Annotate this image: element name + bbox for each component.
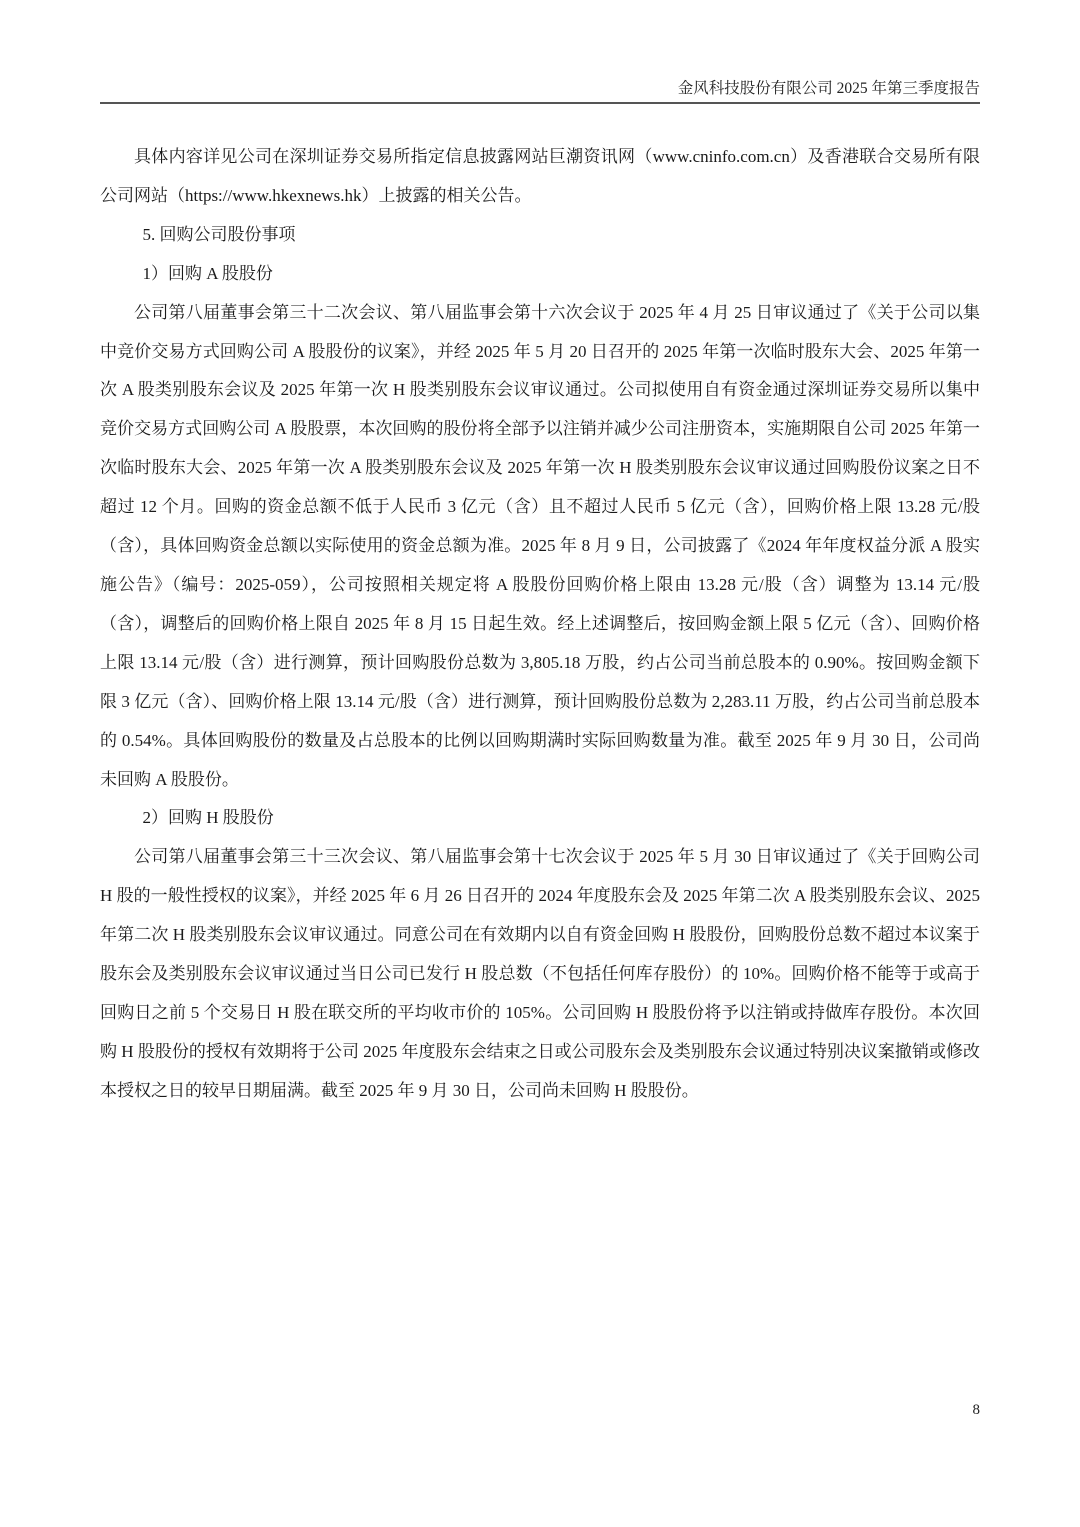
report-title: 金风科技股份有限公司 2025 年第三季度报告 — [678, 80, 980, 97]
subsection-heading-h-share-repurchase: 2）回购 H 股股份 — [100, 799, 980, 838]
disclosure-paragraph: 具体内容详见公司在深圳证券交易所指定信息披露网站巨潮资讯网（www.cninfo… — [100, 138, 980, 216]
section-heading-share-repurchase: 5. 回购公司股份事项 — [100, 216, 980, 255]
document-body: 具体内容详见公司在深圳证券交易所指定信息披露网站巨潮资讯网（www.cninfo… — [100, 138, 980, 1111]
a-share-repurchase-paragraph: 公司第八届董事会第三十二次会议、第八届监事会第十六次会议于 2025 年 4 月… — [100, 294, 980, 800]
page-number: 8 — [960, 1402, 980, 1419]
page-header: 金风科技股份有限公司 2025 年第三季度报告 — [100, 76, 980, 102]
h-share-repurchase-paragraph: 公司第八届董事会第三十三次会议、第八届监事会第十七次会议于 2025 年 5 月… — [100, 838, 980, 1110]
subsection-heading-a-share-repurchase: 1）回购 A 股股份 — [100, 255, 980, 294]
header-divider — [100, 102, 980, 104]
